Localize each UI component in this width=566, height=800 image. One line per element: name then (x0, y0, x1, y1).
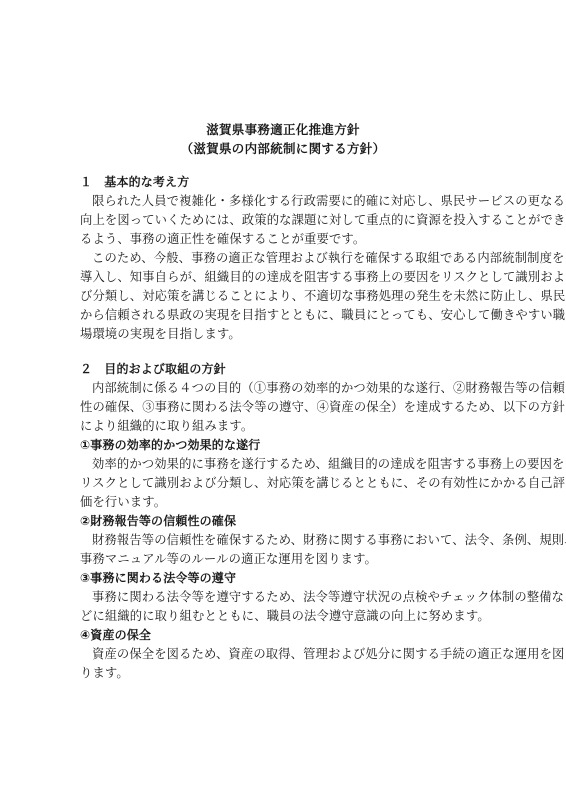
paragraph-line: このため、今般、事務の適正な管理および執行を確保する取組である内部統制制度を (80, 250, 512, 266)
paragraph-line: リスクとして識別および分類し、対応策を講じるとともに、その有効性にかかる自己評 (80, 475, 500, 491)
paragraph-line: 事務に関わる法令等を遵守するため、法令等遵守状況の点検やチェック体制の整備な (80, 589, 512, 605)
item-4-heading: ④資産の保全 (80, 627, 500, 643)
document-title: 滋賀県事務適正化推進方針 (0, 120, 566, 138)
document-page: 滋賀県事務適正化推進方針 （滋賀県の内部統制に関する方針） １ 基本的な考え方 … (0, 0, 566, 800)
paragraph-line: により組織的に取り組みます。 (80, 418, 500, 434)
paragraph-line: どに組織的に取り組むとともに、職員の法令遵守意識の向上に努めます。 (80, 608, 500, 624)
paragraph-line: ります。 (80, 665, 500, 681)
paragraph-line: 限られた人員で複雑化・多様化する行政需要に的確に対応し、県民サービスの更なる (80, 193, 512, 209)
section-2-heading: ２ 目的および取組の方針 (80, 361, 500, 377)
paragraph-line: 効率的かつ効果的に事務を遂行するため、組織目的の達成を阻害する事務上の要因を (80, 456, 512, 472)
paragraph-line: 場環境の実現を目指します。 (80, 326, 500, 342)
item-2-heading: ②財務報告等の信頼性の確保 (80, 513, 500, 529)
paragraph-line: 性の確保、③事務に関わる法令等の遵守、④資産の保全）を達成するため、以下の方針 (80, 399, 500, 415)
paragraph-line: 財務報告等の信頼性を確保するため、財務に関する事務において、法令、条例、規則、 (80, 532, 512, 548)
paragraph-line: 事務マニュアル等のルールの適正な運用を図ります。 (80, 551, 500, 567)
paragraph-line: 導入し、知事自らが、組織目的の達成を阻害する事務上の要因をリスクとして識別およ (80, 269, 500, 285)
item-3-heading: ③事務に関わる法令等の遵守 (80, 570, 500, 586)
section-1-heading: １ 基本的な考え方 (80, 174, 500, 190)
paragraph-line: 資産の保全を図るため、資産の取得、管理および処分に関する手続の適正な運用を図 (80, 646, 512, 662)
paragraph-line: び分類し、対応策を講じることにより、不適切な事務処理の発生を未然に防止し、県民 (80, 288, 500, 304)
document-subtitle: （滋賀県の内部統制に関する方針） (0, 139, 566, 157)
paragraph-line: るよう、事務の適正性を確保することが重要です。 (80, 231, 500, 247)
paragraph-line: 向上を図っていくためには、政策的な課題に対して重点的に資源を投入することができ (80, 212, 500, 228)
paragraph-line: 内部統制に係る４つの目的（①事務の効率的かつ効果的な遂行、②財務報告等の信頼 (80, 380, 512, 396)
paragraph-line: から信頼される県政の実現を目指すとともに、職員にとっても、安心して働きやすい職 (80, 307, 500, 323)
item-1-heading: ①事務の効率的かつ効果的な遂行 (80, 437, 500, 453)
paragraph-line: 価を行います。 (80, 494, 500, 510)
